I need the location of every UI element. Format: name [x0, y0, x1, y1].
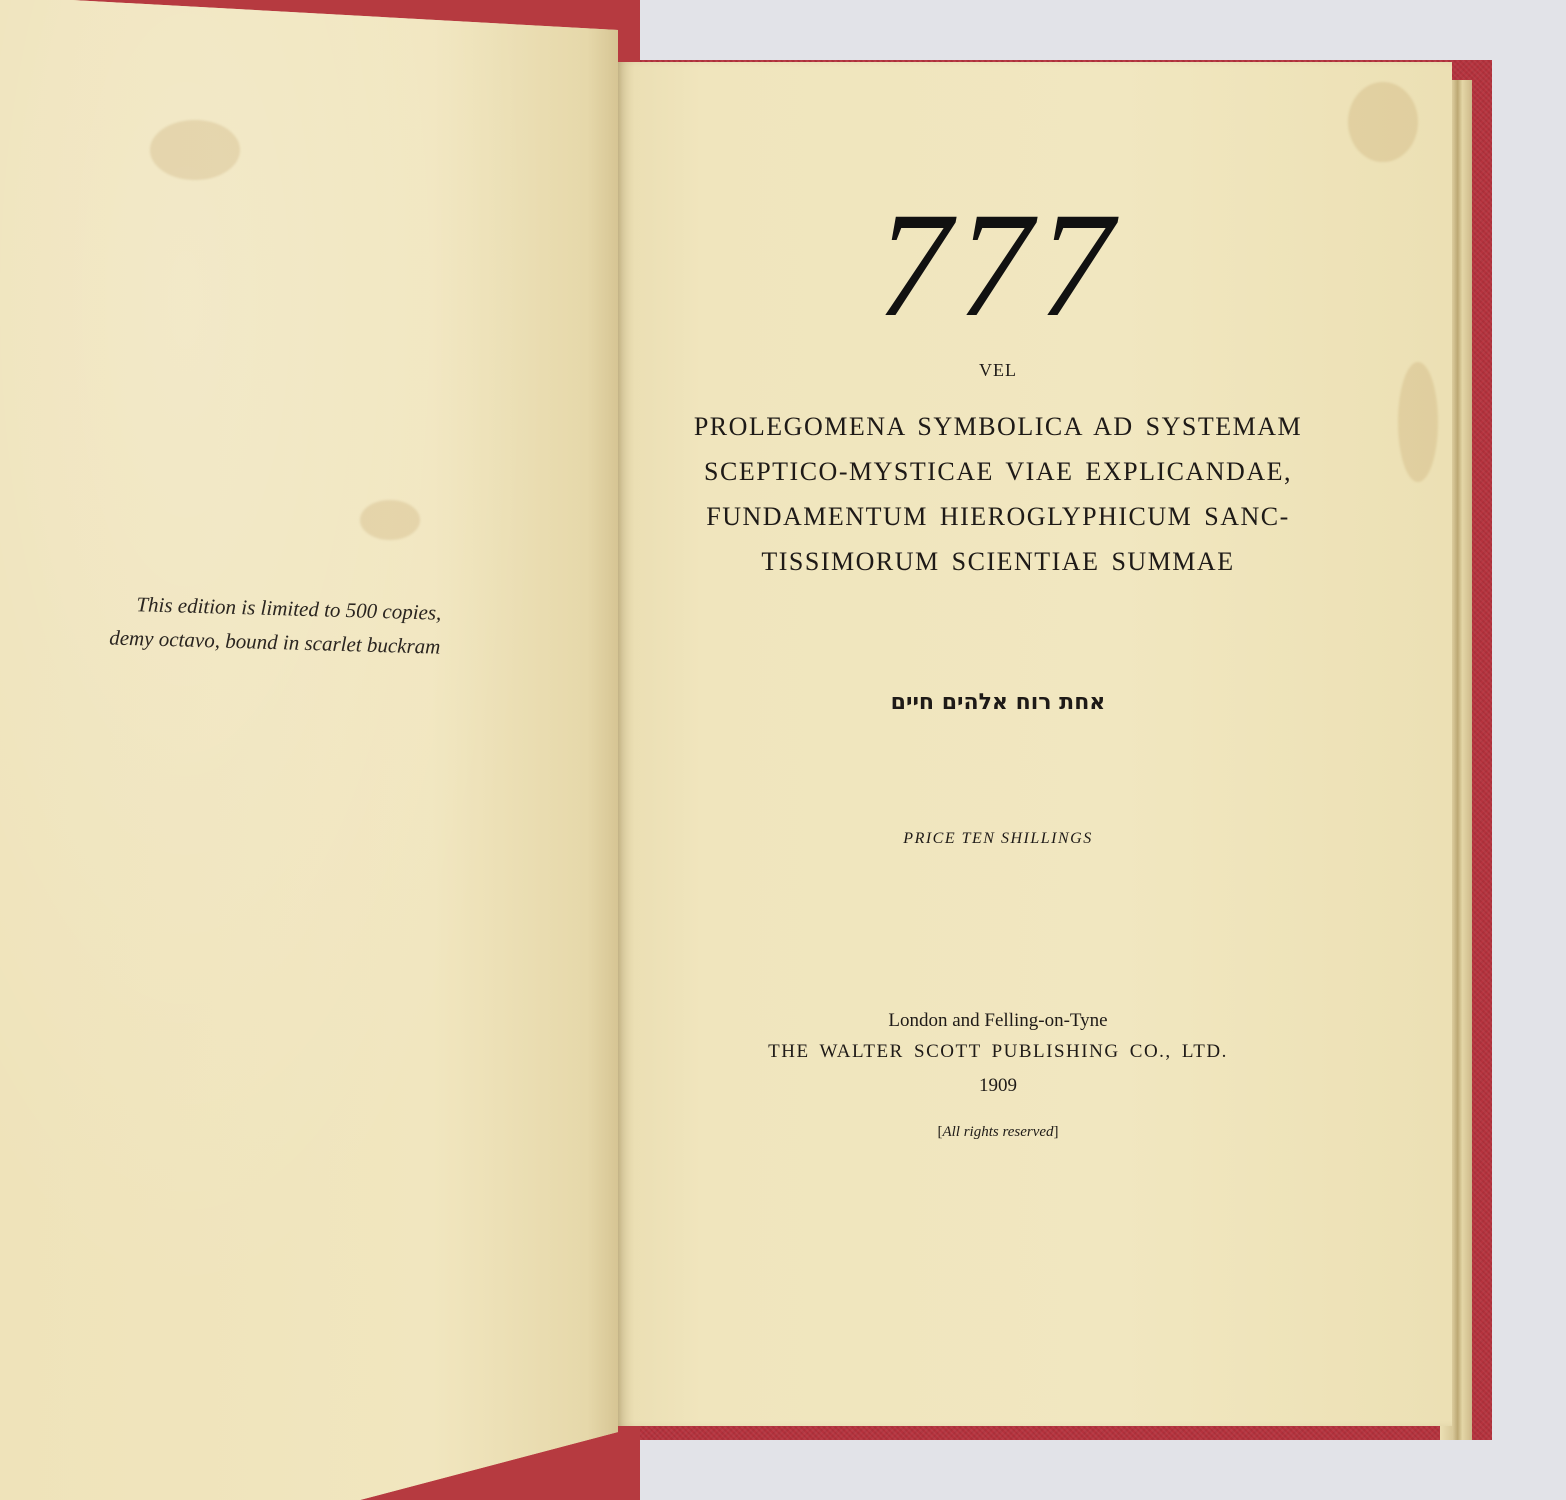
paper-stain — [360, 500, 420, 540]
imprint-year: 1909 — [618, 1075, 1378, 1097]
hebrew-motto: אחת רוח אלהים חיים — [618, 690, 1378, 715]
latin-subtitle: PROLEGOMENA SYMBOLICA AD SYSTEMAM SCEPTI… — [618, 404, 1378, 584]
price-line: PRICE TEN SHILLINGS — [618, 830, 1378, 848]
rights-notice: [All rights reserved] — [618, 1124, 1378, 1141]
subtitle-line: SCEPTICO-MYSTICAE VIAE EXPLICANDAE, — [618, 449, 1378, 494]
title-number: 777 — [618, 190, 1378, 340]
left-page: This edition is limited to 500 copies, d… — [0, 0, 618, 1500]
imprint-publisher: THE WALTER SCOTT PUBLISHING CO., LTD. — [618, 1041, 1378, 1063]
subtitle-line: PROLEGOMENA SYMBOLICA AD SYSTEMAM — [618, 404, 1378, 449]
imprint-place: London and Felling-on-Tyne — [618, 1010, 1378, 1032]
paper-stain — [1348, 82, 1418, 162]
subtitle-line: TISSIMORUM SCIENTIAE SUMMAE — [618, 539, 1378, 584]
title-conjunction: VEL — [618, 360, 1378, 381]
rights-text: All rights reserved — [942, 1124, 1053, 1140]
edition-note: This edition is limited to 500 copies, d… — [20, 584, 442, 664]
bracket-close: ] — [1054, 1124, 1059, 1140]
paper-stain — [1398, 362, 1438, 482]
paper-stain — [150, 120, 240, 180]
subtitle-line: FUNDAMENTUM HIEROGLYPHICUM SANC- — [618, 494, 1378, 539]
